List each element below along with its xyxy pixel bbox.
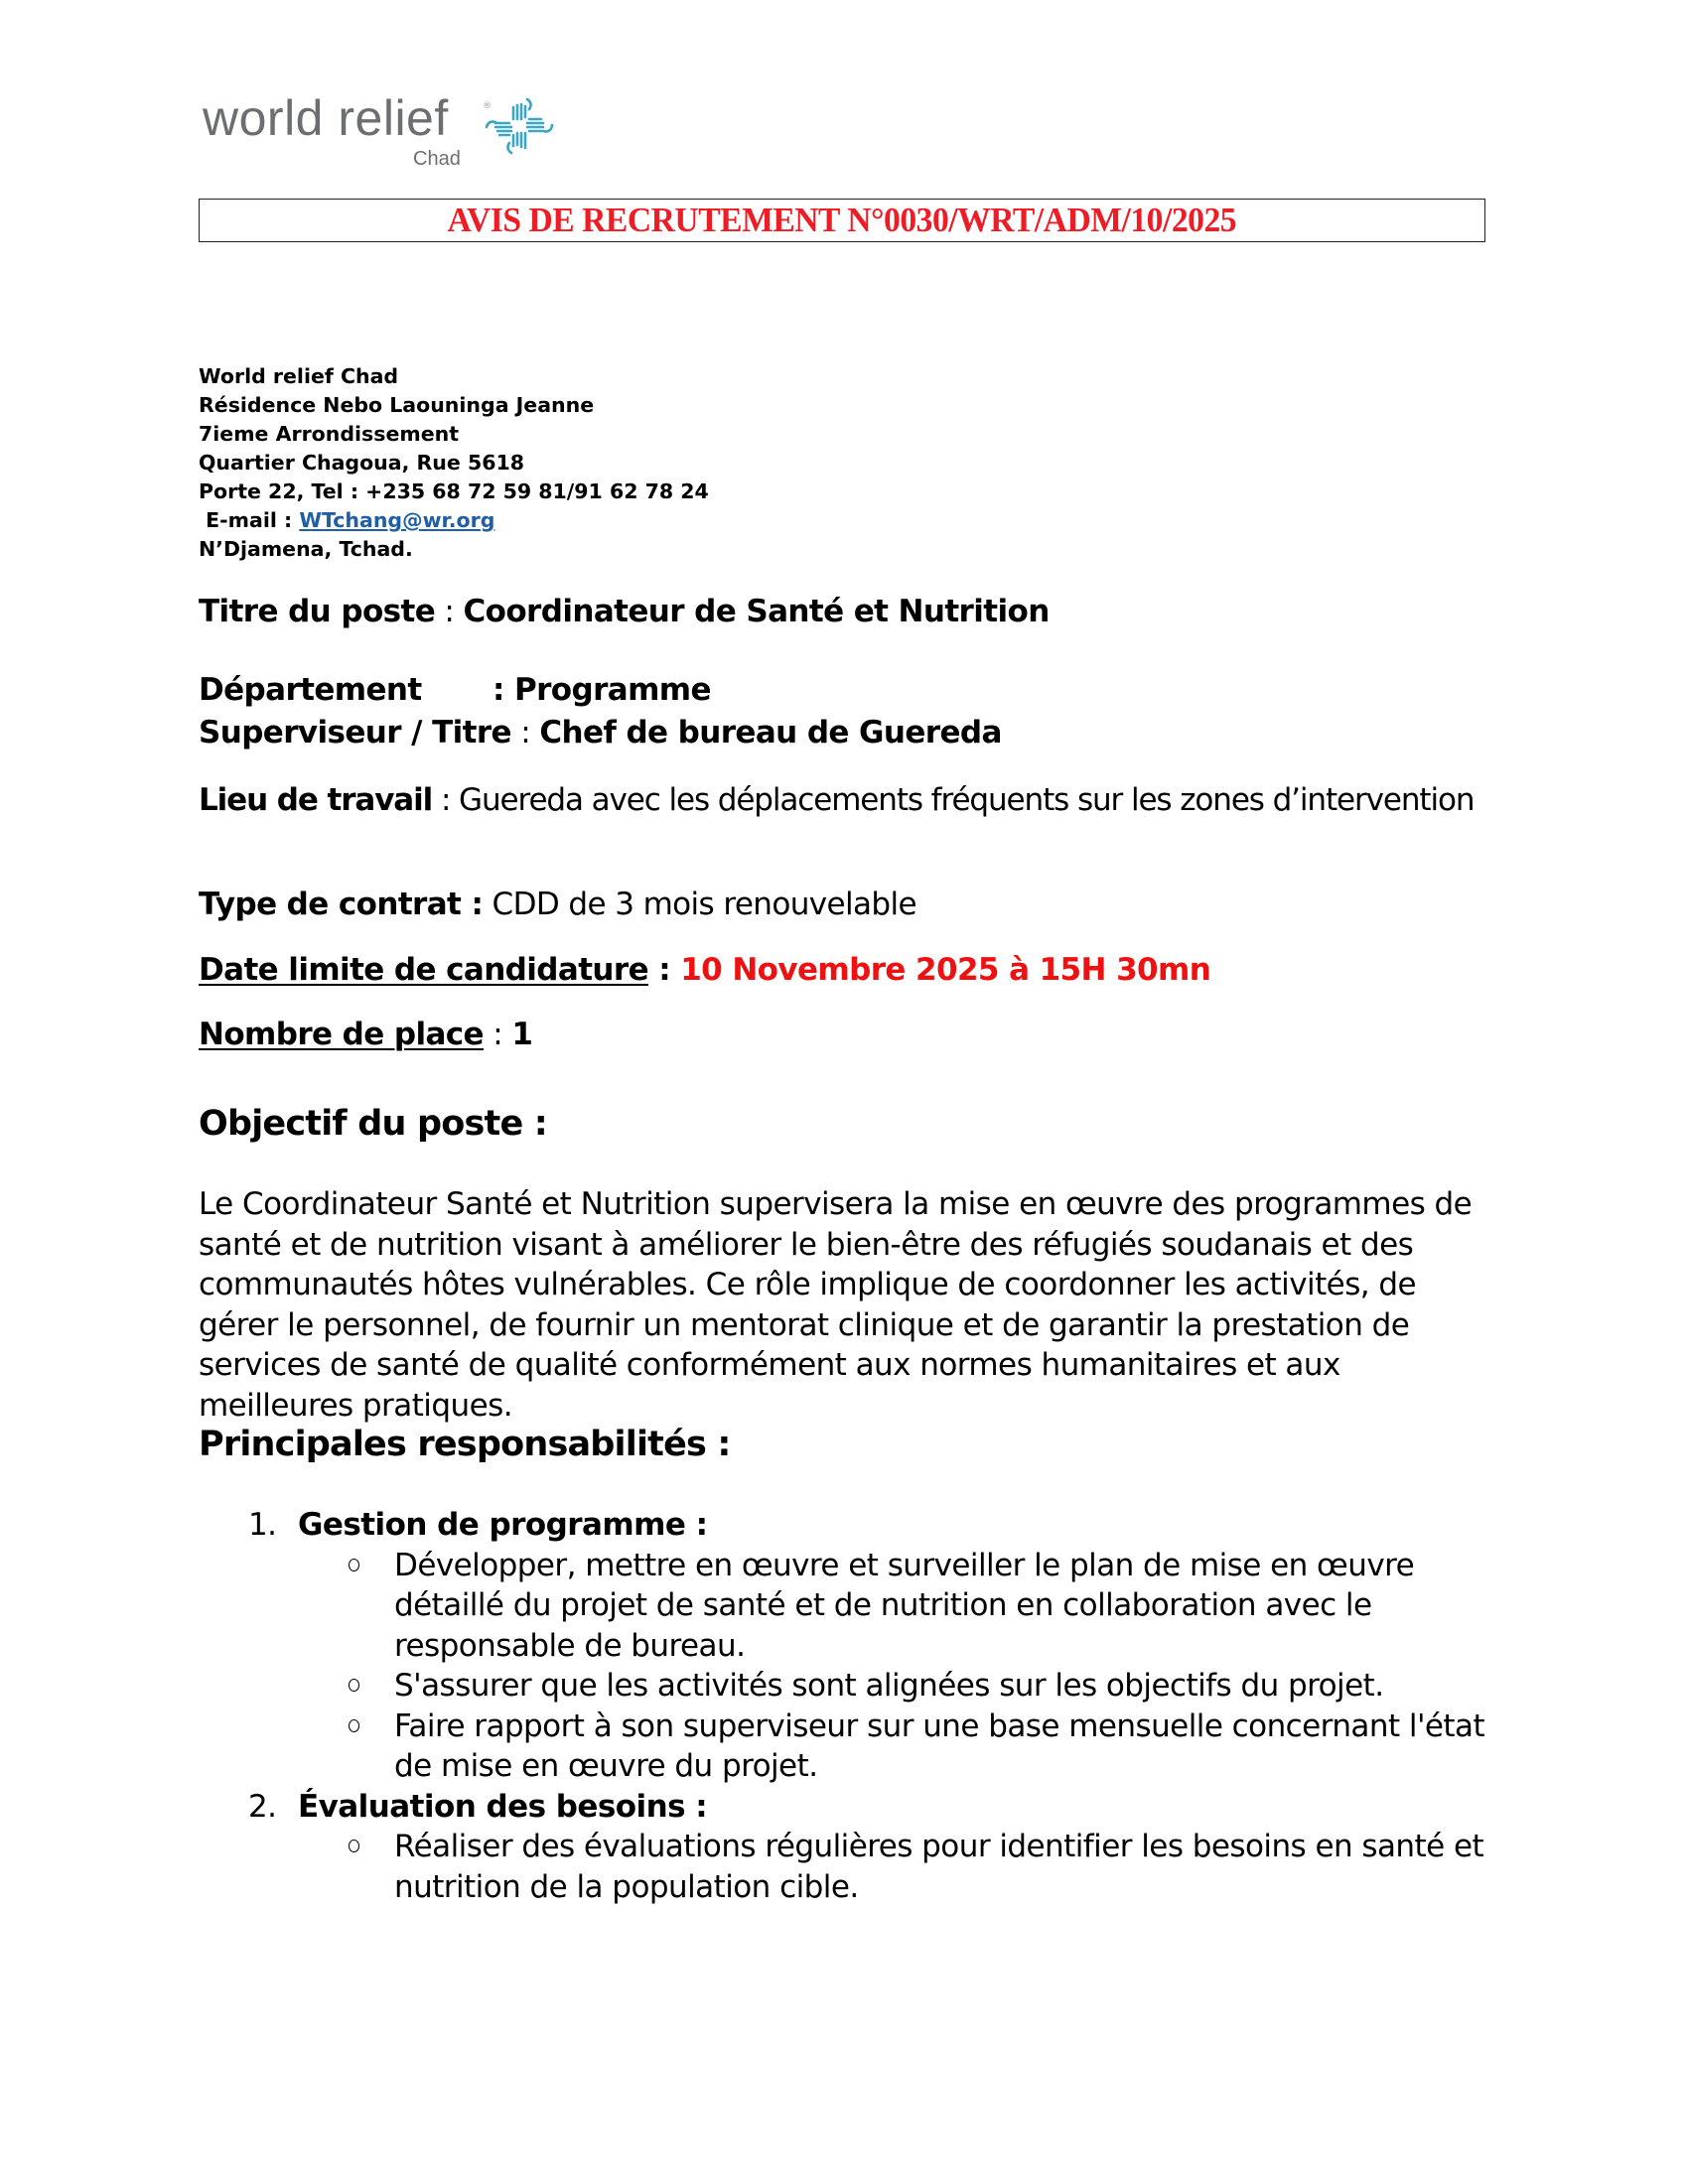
address-line: Porte 22, Tel : +235 68 72 59 81/91 62 7… bbox=[199, 478, 709, 506]
field-value: Guereda avec les déplacements fréquents … bbox=[459, 782, 1474, 818]
field-work-location: Lieu de travail : Guereda avec les dépla… bbox=[199, 780, 1474, 820]
list-item: 2. Évaluation des besoins : bbox=[199, 1787, 1489, 1828]
recruitment-title: AVIS DE RECRUTEMENT N°0030/WRT/ADM/10/20… bbox=[448, 201, 1237, 240]
responsibilities-list: 1. Gestion de programme : Développer, me… bbox=[199, 1505, 1489, 1907]
world-relief-logo: world relief ® Chad bbox=[203, 93, 560, 173]
recruitment-title-box: AVIS DE RECRUTEMENT N°0030/WRT/ADM/10/20… bbox=[199, 199, 1485, 242]
list-number: 2. bbox=[248, 1787, 276, 1828]
address-line: World relief Chad bbox=[199, 362, 709, 391]
world-relief-hands-cross-icon bbox=[484, 95, 555, 157]
section-heading-objective: Objectif du poste : bbox=[199, 1102, 547, 1146]
list-item-title: Évaluation des besoins : bbox=[298, 1789, 707, 1825]
list-bullet: Faire rapport à son superviseur sur une … bbox=[199, 1706, 1489, 1787]
field-positions: Nombre de place : 1 bbox=[199, 1015, 532, 1054]
field-label: Superviseur / Titre bbox=[199, 715, 511, 751]
list-item: 1. Gestion de programme : bbox=[199, 1505, 1489, 1546]
field-label: Type de contrat : bbox=[199, 887, 483, 922]
address-line: 7ieme Arrondissement bbox=[199, 420, 709, 449]
hollow-circle-bullet-icon bbox=[349, 1840, 359, 1852]
email-line: E-mail : WTchang@wr.org bbox=[199, 506, 709, 535]
email-label: E-mail : bbox=[199, 508, 299, 532]
field-label: Date limite de candidature bbox=[199, 952, 648, 988]
field-job-title: Titre du poste : Coordinateur de Santé e… bbox=[199, 592, 1050, 631]
field-label: Nombre de place bbox=[199, 1017, 484, 1052]
field-deadline: Date limite de candidature : 10 Novembre… bbox=[199, 950, 1210, 990]
address-city: N’Djamena, Tchad. bbox=[199, 535, 709, 564]
field-value: 1 bbox=[511, 1017, 532, 1052]
field-value: CDD de 3 mois renouvelable bbox=[492, 887, 916, 922]
hollow-circle-bullet-icon bbox=[349, 1719, 359, 1732]
logo-wordmark: world relief bbox=[203, 93, 449, 143]
hollow-circle-bullet-icon bbox=[349, 1679, 359, 1692]
field-contract-type: Type de contrat : CDD de 3 mois renouvel… bbox=[199, 885, 916, 924]
list-bullet: Réaliser des évaluations régulières pour… bbox=[199, 1827, 1489, 1907]
objective-paragraph: Le Coordinateur Santé et Nutrition super… bbox=[199, 1184, 1489, 1426]
field-label: Département bbox=[199, 672, 422, 708]
list-bullet: Développer, mettre en œuvre et surveille… bbox=[199, 1546, 1489, 1667]
list-number: 1. bbox=[248, 1505, 276, 1546]
list-bullet: S'assurer que les activités sont alignée… bbox=[199, 1666, 1489, 1706]
address-block: World relief Chad Résidence Nebo Laounin… bbox=[199, 362, 709, 564]
field-value: Chef de bureau de Guereda bbox=[539, 715, 1001, 751]
list-item-title: Gestion de programme : bbox=[298, 1507, 707, 1543]
field-value: Programme bbox=[514, 672, 711, 708]
address-line: Quartier Chagoua, Rue 5618 bbox=[199, 449, 709, 478]
email-link[interactable]: WTchang@wr.org bbox=[299, 508, 494, 532]
field-supervisor: Superviseur / Titre : Chef de bureau de … bbox=[199, 713, 1002, 752]
hollow-circle-bullet-icon bbox=[349, 1559, 359, 1571]
logo-subtitle: Chad bbox=[413, 149, 461, 169]
field-department: Département : Programme bbox=[199, 670, 711, 710]
field-label: Lieu de travail bbox=[199, 782, 432, 818]
field-value: Coordinateur de Santé et Nutrition bbox=[464, 594, 1050, 629]
deadline-value: 10 Novembre 2025 à 15H 30mn bbox=[680, 952, 1210, 988]
address-line: Résidence Nebo Laouninga Jeanne bbox=[199, 391, 709, 420]
section-heading-responsibilities: Principales responsabilités : bbox=[199, 1423, 731, 1466]
field-label: Titre du poste bbox=[199, 594, 435, 629]
